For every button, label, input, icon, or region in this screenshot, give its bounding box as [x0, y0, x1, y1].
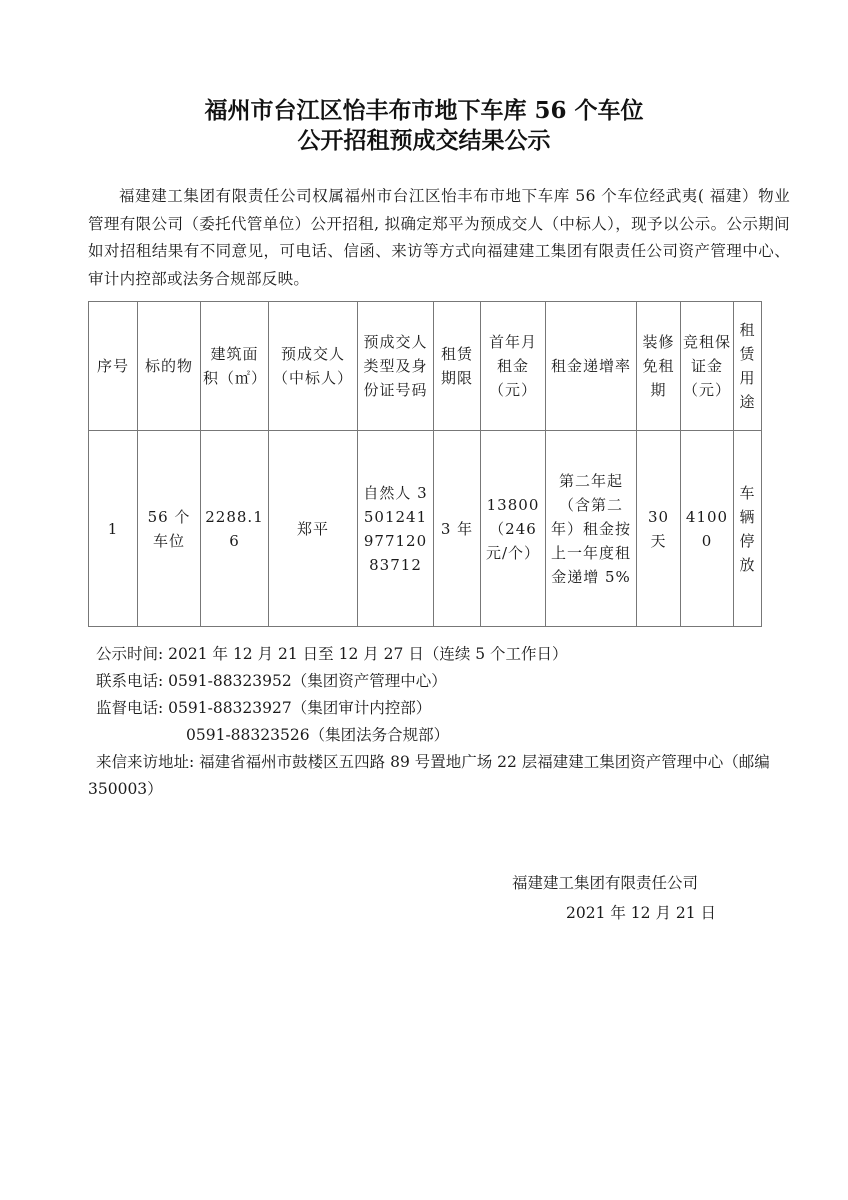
- cell-subject: 56 个车位: [138, 431, 201, 627]
- header-first-year-rent: 首年月租金（元）: [481, 302, 546, 431]
- supervision-phone-1: 监督电话: 0591-88323927（集团审计内控部）: [88, 695, 793, 722]
- cell-rent-increase: 第二年起（含第二年）租金按上一年度租金递增 5%: [546, 431, 637, 627]
- contact-phone: 联系电话: 0591-88323952（集团资产管理中心）: [88, 668, 793, 695]
- visit-address: 来信来访地址: 福建省福州市鼓楼区五四路 89 号置地广场 22 层福建建工集团…: [88, 749, 793, 803]
- cell-usage: 车辆停放: [734, 431, 762, 627]
- publicity-period: 公示时间: 2021 年 12 月 21 日至 12 月 27 日（连续 5 个…: [88, 641, 793, 668]
- header-deposit: 竞租保证金（元）: [681, 302, 734, 431]
- header-usage: 租赁用途: [734, 302, 762, 431]
- header-rent-free-period: 装修免租期: [637, 302, 681, 431]
- cell-rent-free-period: 30 天: [637, 431, 681, 627]
- header-lease-term: 租赁期限: [434, 302, 481, 431]
- title-line-1: 福州市台江区怡丰布市地下车库 56 个车位: [0, 96, 848, 126]
- document-title: 福州市台江区怡丰布市地下车库 56 个车位 公开招租预成交结果公示: [0, 96, 848, 156]
- cell-lease-term: 3 年: [434, 431, 481, 627]
- cell-index: 1: [89, 431, 138, 627]
- cell-area: 2288.16: [201, 431, 269, 627]
- cell-deposit: 41000: [681, 431, 734, 627]
- result-table: 序号 标的物 建筑面积（㎡） 预成交人（中标人） 预成交人类型及身份证号码 租赁…: [88, 301, 762, 627]
- header-rent-increase: 租金递增率: [546, 302, 637, 431]
- title-line-2: 公开招租预成交结果公示: [0, 126, 848, 156]
- header-winner-type-id: 预成交人类型及身份证号码: [358, 302, 434, 431]
- cell-winner: 郑平: [269, 431, 358, 627]
- header-subject: 标的物: [138, 302, 201, 431]
- table-header-row: 序号 标的物 建筑面积（㎡） 预成交人（中标人） 预成交人类型及身份证号码 租赁…: [89, 302, 762, 431]
- signature-block: 福建建工集团有限责任公司 2021 年 12 月 21 日: [500, 868, 740, 928]
- intro-paragraph: 福建建工集团有限责任公司权属福州市台江区怡丰布市地下车库 56 个车位经武夷( …: [88, 183, 790, 293]
- supervision-phone-2: 0591-88323526（集团法务合规部）: [88, 722, 793, 749]
- cell-first-year-rent: 13800 （246 元/个）: [481, 431, 546, 627]
- header-winner: 预成交人（中标人）: [269, 302, 358, 431]
- header-area: 建筑面积（㎡）: [201, 302, 269, 431]
- contact-info: 公示时间: 2021 年 12 月 21 日至 12 月 27 日（连续 5 个…: [88, 641, 793, 803]
- header-index: 序号: [89, 302, 138, 431]
- signature-organization: 福建建工集团有限责任公司: [500, 868, 740, 898]
- signature-date: 2021 年 12 月 21 日: [500, 898, 740, 928]
- table-row: 1 56 个车位 2288.16 郑平 自然人 3501241977120837…: [89, 431, 762, 627]
- cell-winner-type-id: 自然人 350124197712083712: [358, 431, 434, 627]
